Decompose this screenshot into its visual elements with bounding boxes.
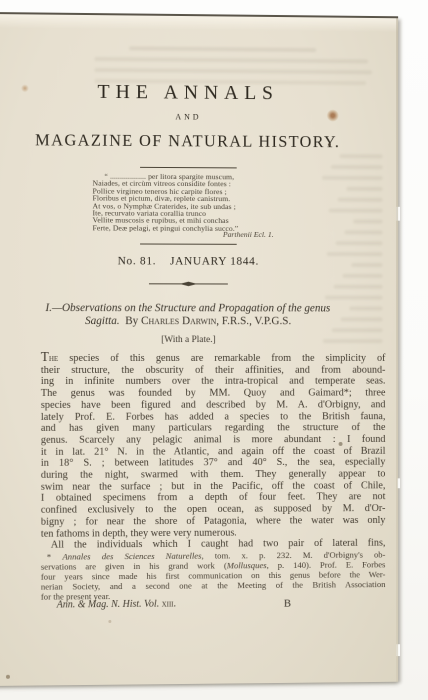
showthrough-line <box>94 68 371 74</box>
showthrough-line <box>329 209 383 213</box>
text-line: ing in infinite numbers over the intra-t… <box>41 376 386 388</box>
paragraph-1: The species of this genus are remarkable… <box>41 350 386 540</box>
text-segment: T <box>41 349 49 364</box>
text-segment: Sagitta. <box>85 315 120 327</box>
issue-date: JANUARY 1844. <box>170 256 259 268</box>
showthrough-line <box>346 187 382 191</box>
foxing-spot <box>108 619 111 622</box>
epigraph: “ .................. per litora spargite… <box>93 173 310 233</box>
foxing-spot <box>339 442 343 446</box>
showthrough-line <box>325 296 383 300</box>
text-segment: Charles Darwin <box>141 315 216 327</box>
journal-title-line2: MAGAZINE OF NATURAL HISTORY. <box>0 130 384 152</box>
showthrough-line <box>336 241 383 245</box>
issue-number: No. 81. <box>118 255 157 267</box>
photo-backdrop: THE ANNALS AND MAGAZINE OF NATURAL HISTO… <box>0 0 428 700</box>
showthrough-line <box>322 176 383 180</box>
text-segment: in 18° S. ; between latitudes 37° and 40… <box>41 457 386 469</box>
volume-reference: Ann. & Mag. N. Hist. Vol. xiii. <box>57 599 176 611</box>
text-line: species have been figured and described … <box>41 399 386 411</box>
text-line: and has given many particulars regarding… <box>41 422 386 434</box>
text-line: lately Prof. E. Forbes has added a speci… <box>41 411 386 423</box>
page-right-edge <box>396 18 398 682</box>
text-segment: * <box>47 552 63 562</box>
text-segment: Mollusques <box>227 560 267 570</box>
signature-line: Ann. & Mag. N. Hist. Vol. xiii. B <box>41 597 386 611</box>
article-body: The species of this genus are remarkable… <box>41 350 386 552</box>
text-segment: xiii. <box>162 599 176 610</box>
text-segment: and has given many particulars regarding… <box>41 422 386 434</box>
text-segment: lately Prof. E. Forbes has added a speci… <box>41 411 386 423</box>
diamond-rule-ornament <box>149 280 228 287</box>
showthrough-line <box>331 165 383 169</box>
text-line: their structure, the obscurity of their … <box>41 365 386 377</box>
foxing-spot <box>327 143 330 146</box>
text-line: The genus was founded by MM. Quoy and Ga… <box>41 388 386 400</box>
showthrough-line <box>343 274 383 278</box>
epigraph-top-rule <box>140 167 237 169</box>
showthrough-line <box>344 230 382 234</box>
footnote: * Annales des Sciences Naturelles, tom. … <box>41 550 386 602</box>
text-segment: bigny ; for near the shore of Patagonia,… <box>41 515 386 528</box>
showthrough-line <box>332 328 383 332</box>
text-line: bigny ; for near the shore of Patagonia,… <box>41 515 386 528</box>
text-line: genus. Scarcely any pelagic animal is mo… <box>41 434 386 447</box>
showthrough-line <box>340 154 383 158</box>
signature-mark: B <box>284 598 291 610</box>
text-segment: their structure, the obscurity of their … <box>41 365 386 376</box>
text-segment: ing in infinite numbers over the intra-t… <box>41 376 386 387</box>
foxing-spot <box>6 675 10 679</box>
text-line: The species of this genus are remarkable… <box>41 350 386 365</box>
article-heading-line2: Sagitta. By Charles Darwin, F.R.S., V.P.… <box>0 315 384 327</box>
text-segment: Ann. & Mag. N. Hist. Vol. <box>57 599 162 611</box>
text-segment: it in lat. 21° N. in the Atlantic, and a… <box>41 445 386 457</box>
showthrough-line <box>353 219 382 223</box>
text-line: Ferte, Deæ pelagi, et pingui conchylia s… <box>93 224 310 232</box>
article-heading-line1: I.—Observations on the Structure and Pro… <box>0 302 384 314</box>
text-segment: species have been figured and described … <box>41 399 386 411</box>
showthrough-line <box>338 198 383 202</box>
text-segment: swim near the surface ; but in the Pacif… <box>41 480 386 492</box>
showthrough-container <box>0 14 398 18</box>
showthrough-line <box>334 285 383 289</box>
foxing-spot <box>21 84 29 92</box>
journal-title-line1: THE ANNALS <box>0 80 384 106</box>
issue-line: No. 81.JANUARY 1844. <box>0 255 384 268</box>
text-segment: By <box>120 315 141 327</box>
text-segment: confined exclusively to the open ocean, … <box>41 503 386 516</box>
text-segment: ten fathoms in depth, they were very num… <box>41 527 237 539</box>
text-segment: The genus was founded by MM. Quoy and Ga… <box>41 388 386 399</box>
text-segment: during the night, swarmed with them. The… <box>41 469 386 481</box>
showthrough-line <box>94 57 367 63</box>
foxing-container <box>0 14 398 18</box>
epigraph-bottom-rule <box>140 243 237 244</box>
plate-note: [With a Plate.] <box>0 335 384 345</box>
foxing-spot <box>327 110 339 122</box>
text-segment: species of this genus are remarkable fro… <box>58 353 385 364</box>
showthrough-line <box>129 46 316 52</box>
book-page: THE ANNALS AND MAGAZINE OF NATURAL HISTO… <box>0 14 398 686</box>
text-segment: , F.R.S., V.P.G.S. <box>216 315 291 327</box>
text-segment: genus. Scarcely any pelagic animal is mo… <box>41 434 386 446</box>
text-segment: Ferte, Deæ pelagi, et pingui conchylia s… <box>93 223 239 233</box>
text-segment: he <box>49 353 58 364</box>
text-segment: I obtained specimens from a depth of fou… <box>41 492 386 505</box>
epigraph-attribution: Parthenii Ecl. 1. <box>223 230 274 239</box>
